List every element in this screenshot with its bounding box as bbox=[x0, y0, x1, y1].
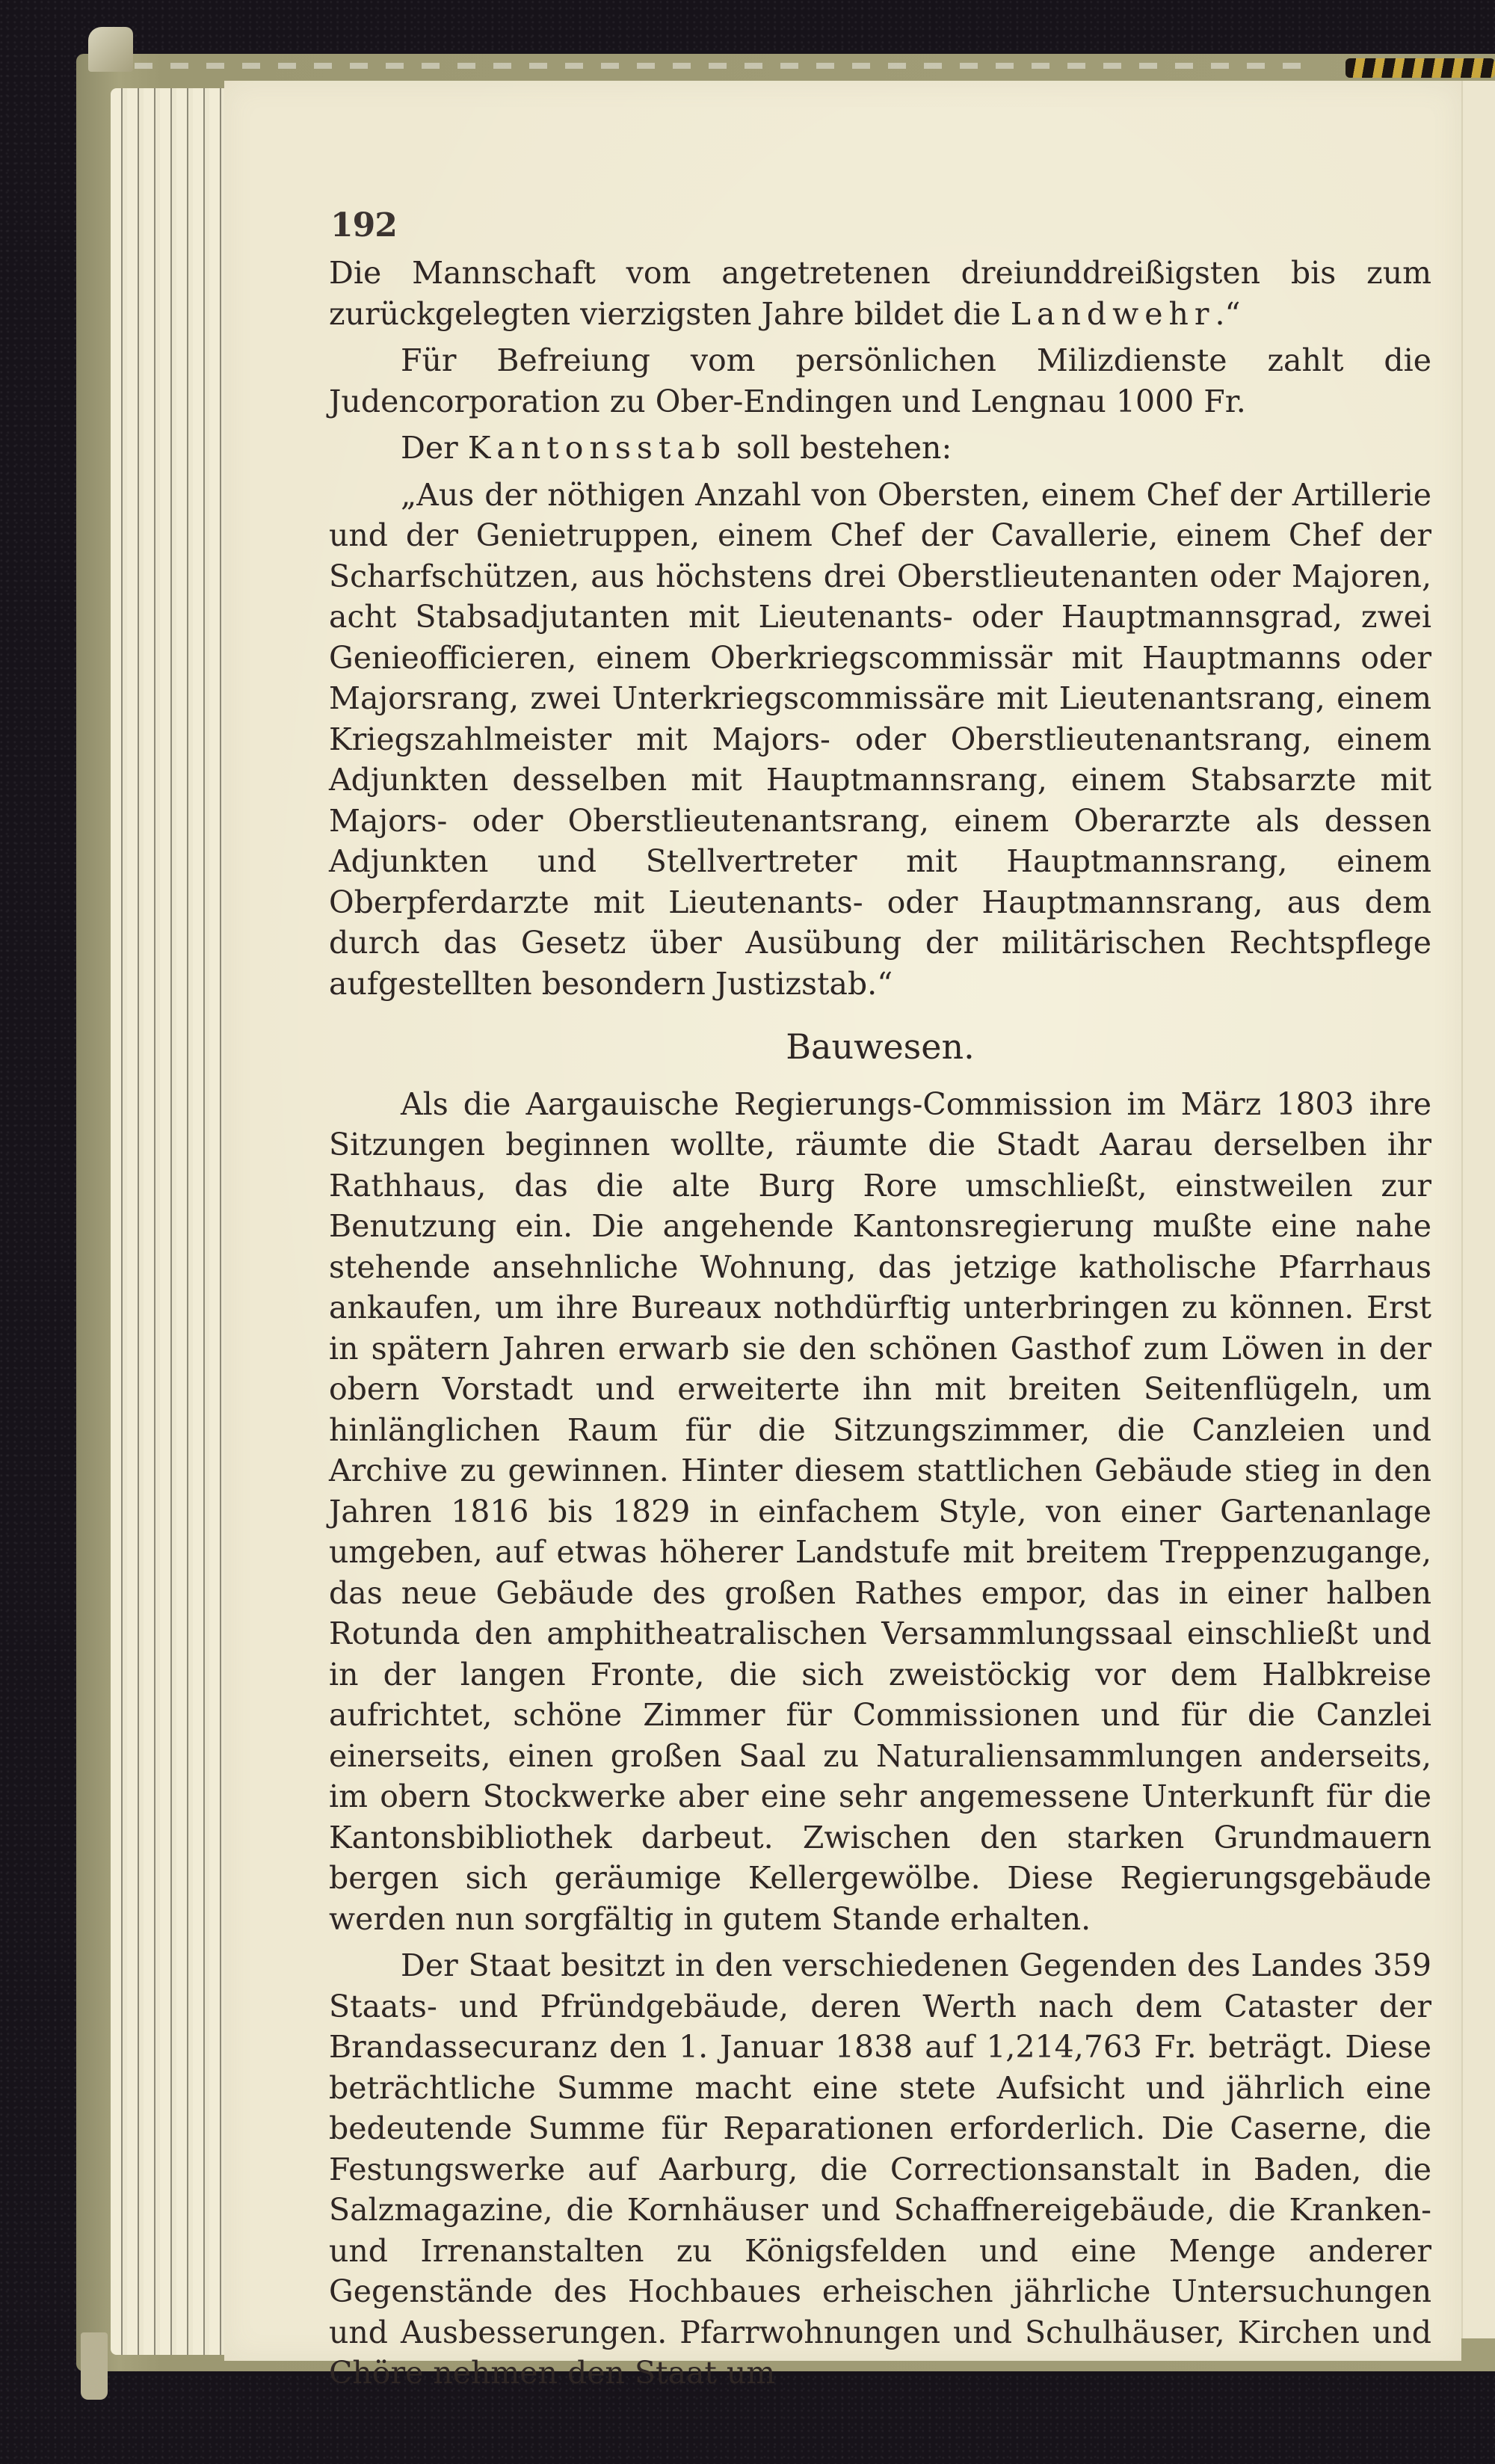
book-headband bbox=[1345, 58, 1495, 78]
cover-corner-bottom-left bbox=[81, 2332, 108, 2400]
paragraph-text: soll bestehen: bbox=[727, 430, 952, 466]
book-page: 192 Die Mannschaft vom angetretenen drei… bbox=[224, 81, 1461, 2361]
paragraph-kantonsstab-intro: Der Kantonsstab soll bestehen: bbox=[329, 428, 1431, 469]
emphasized-term: Kantonsstab bbox=[468, 430, 727, 466]
page-number: 192 bbox=[330, 206, 397, 244]
page-text: Die Mannschaft vom angetretenen dreiundd… bbox=[329, 253, 1431, 2400]
cover-corner-top-left bbox=[88, 27, 133, 72]
paragraph-kantonsstab-quote: „Aus der nöthigen Anzahl von Obersten, e… bbox=[329, 475, 1431, 1005]
paragraph-text: Die Mannschaft vom angetretenen dreiundd… bbox=[329, 255, 1431, 332]
paragraph-landwehr: Die Mannschaft vom angetretenen dreiundd… bbox=[329, 253, 1431, 334]
emphasized-term: Landwehr bbox=[1011, 296, 1215, 332]
paragraph-regierungsgebaeude: Als die Aargauische Regierungs-Commissio… bbox=[329, 1084, 1431, 1940]
facing-page-edge bbox=[1461, 81, 1495, 2338]
page-stack-edges bbox=[111, 88, 230, 2355]
paragraph-text: .“ bbox=[1215, 296, 1240, 332]
paragraph-text: Der bbox=[401, 430, 468, 466]
paragraph-milizdienst: Für Befreiung vom persönlichen Milizdien… bbox=[329, 340, 1431, 422]
paragraph-staatsgebaeude: Der Staat besitzt in den verschiedenen G… bbox=[329, 1945, 1431, 2394]
section-heading: Bauwesen. bbox=[329, 1026, 1431, 1068]
cover-top-edge bbox=[135, 63, 1301, 69]
